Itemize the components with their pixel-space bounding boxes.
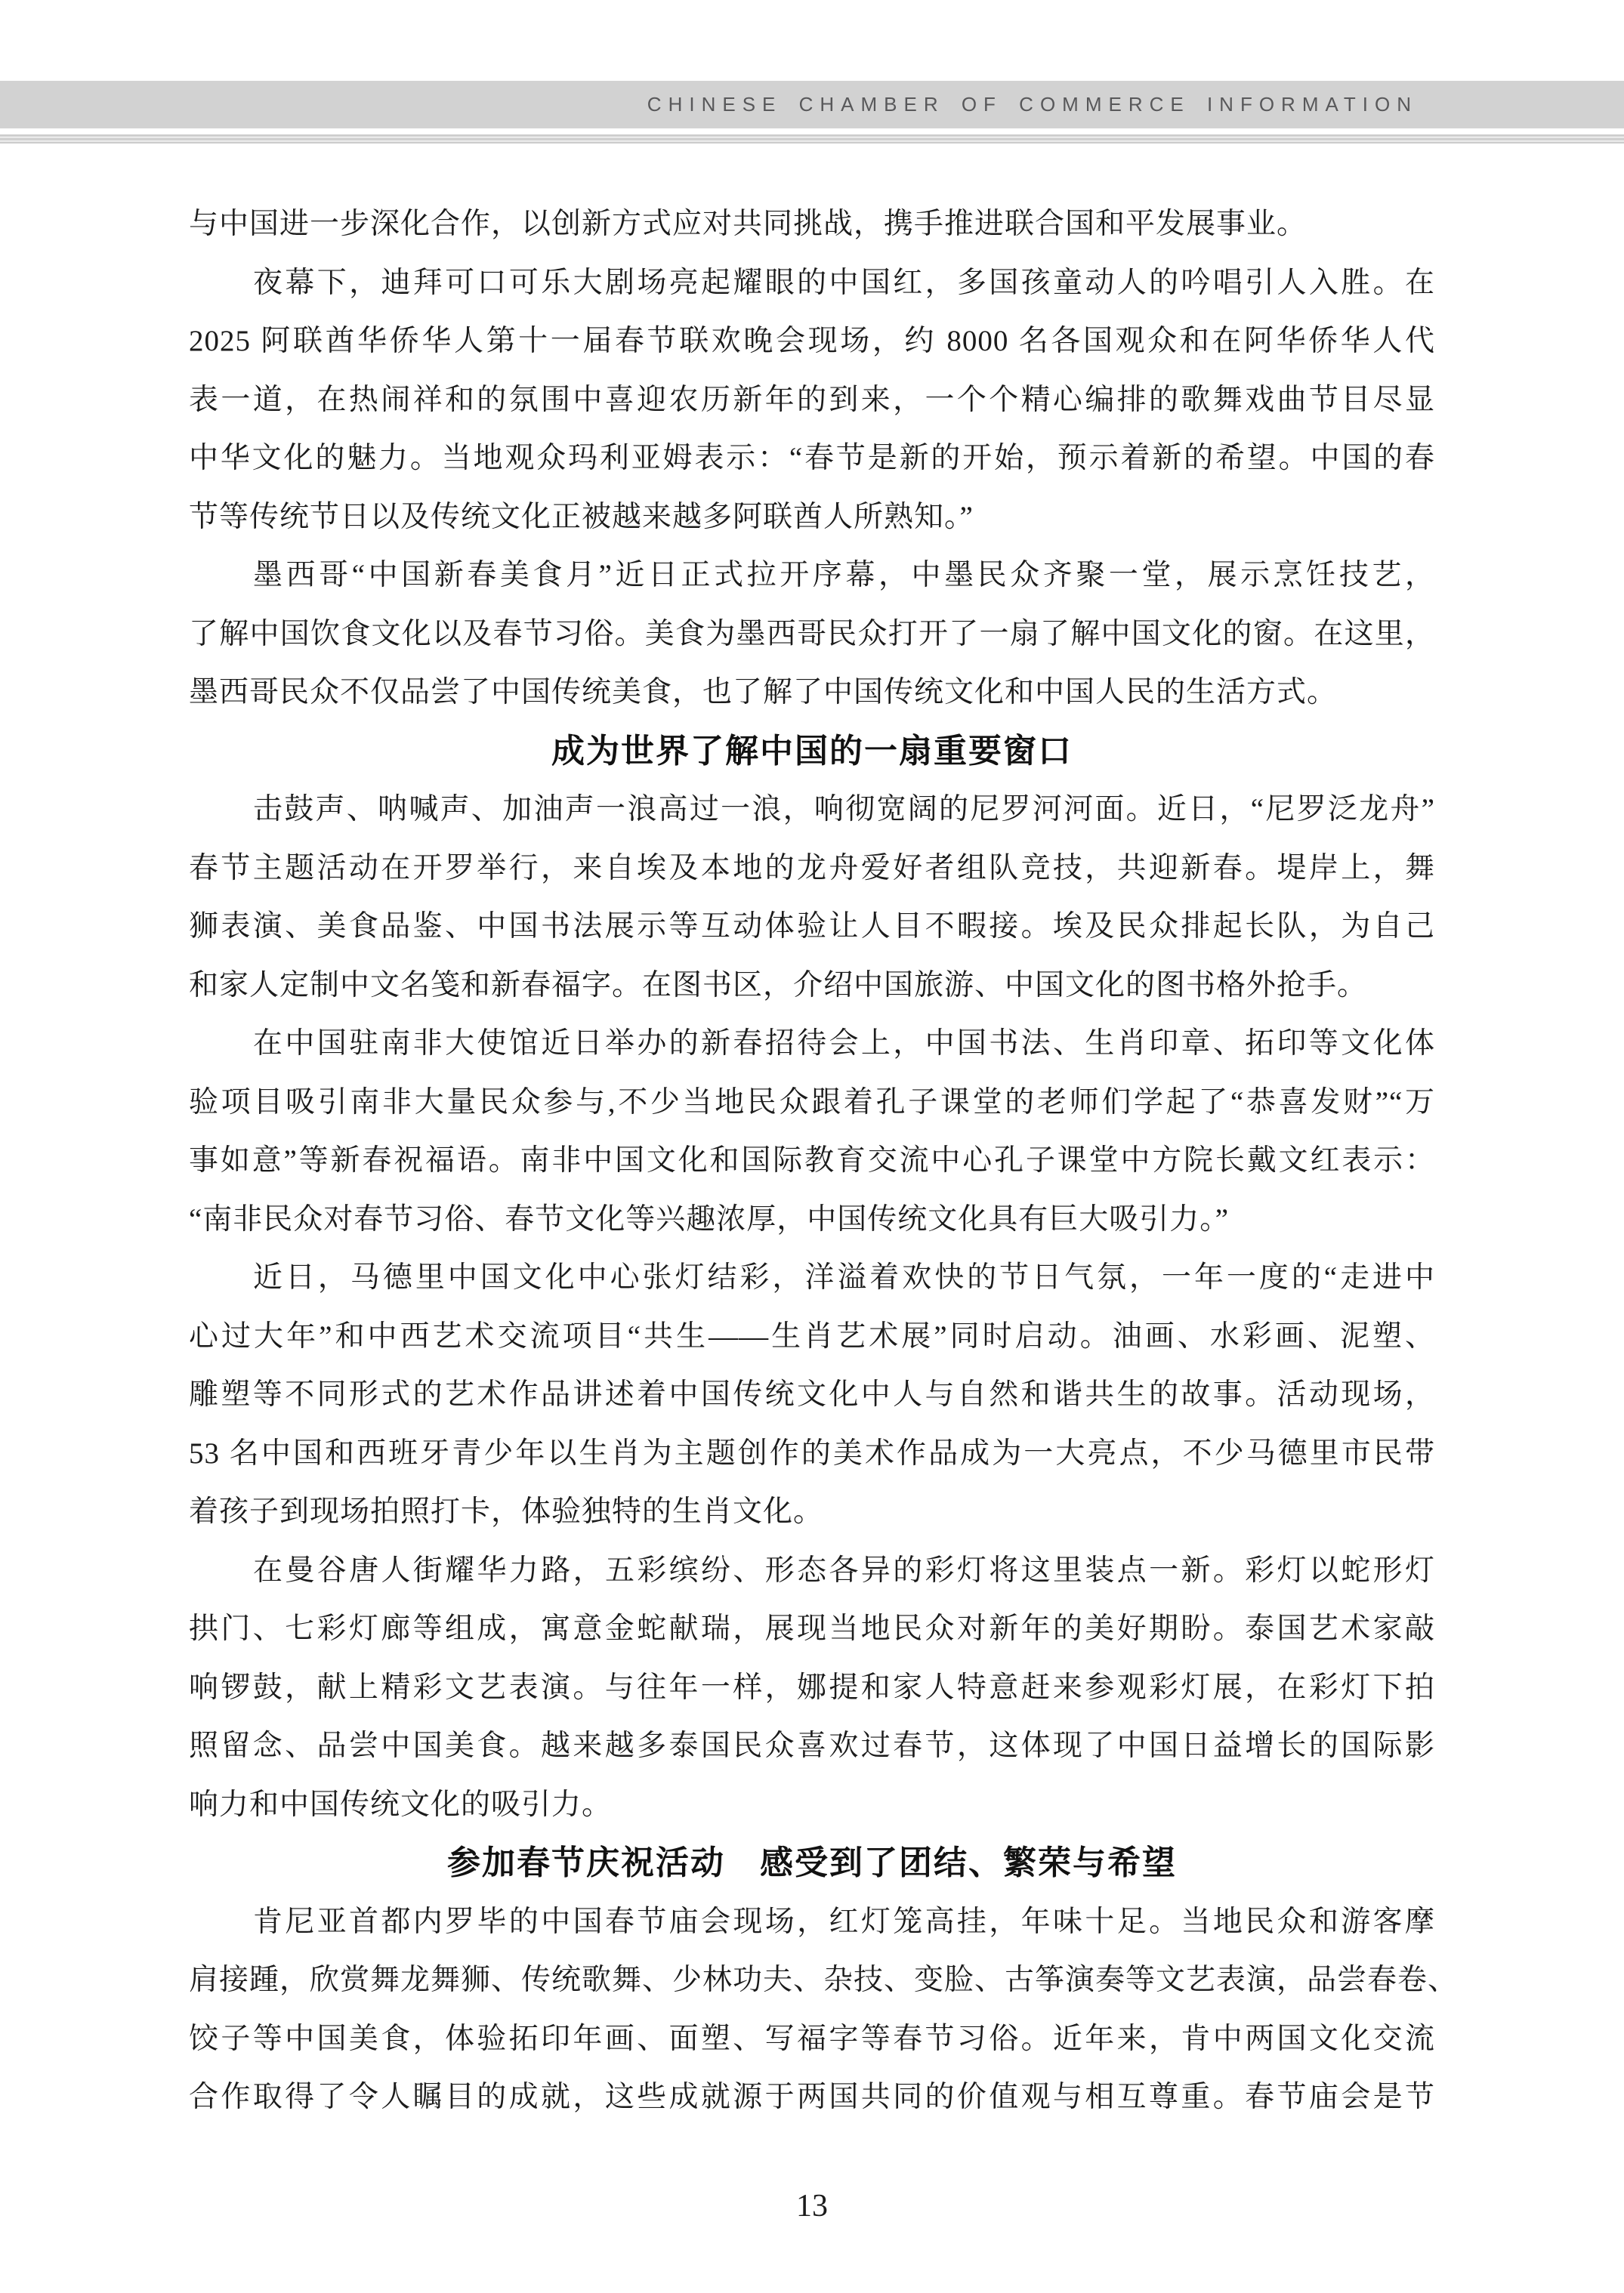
- text-line: 心过大年”和中西艺术交流项目“共生——生肖艺术展”同时启动。油画、水彩画、泥塑、: [189, 1307, 1435, 1366]
- text-line: 拱门、七彩灯廊等组成，寓意金蛇献瑞，展现当地民众对新年的美好期盼。泰国艺术家敲: [189, 1600, 1435, 1659]
- section-heading: 参加春节庆祝活动 感受到了团结、繁荣与希望: [189, 1834, 1435, 1893]
- text-line: 墨西哥民众不仅品尝了中国传统美食，也了解了中国传统文化和中国人民的生活方式。: [189, 663, 1435, 722]
- text-line: 夜幕下，迪拜可口可乐大剧场亮起耀眼的中国红，多国孩童动人的吟唱引人入胜。在: [189, 254, 1435, 313]
- text-line: 合作取得了令人瞩目的成就，这些成就源于两国共同的价值观与相互尊重。春节庙会是节: [189, 2068, 1435, 2127]
- section-heading: 成为世界了解中国的一扇重要窗口: [189, 722, 1435, 781]
- text-line: 节等传统节日以及传统文化正被越来越多阿联酋人所熟知。”: [189, 488, 1435, 547]
- text-line: 表一道，在热闹祥和的氛围中喜迎农历新年的到来，一个个精心编排的歌舞戏曲节目尽显: [189, 371, 1435, 430]
- text-line: “南非民众对春节习俗、春节文化等兴趣浓厚，中国传统文化具有巨大吸引力。”: [189, 1190, 1435, 1249]
- text-line: 了解中国饮食文化以及春节习俗。美食为墨西哥民众打开了一扇了解中国文化的窗。在这里…: [189, 605, 1435, 664]
- text-line: 春节主题活动在开罗举行，来自埃及本地的龙舟爱好者组队竞技，共迎新春。堤岸上，舞: [189, 839, 1435, 898]
- text-line: 在曼谷唐人街耀华力路，五彩缤纷、形态各异的彩灯将这里装点一新。彩灯以蛇形灯: [189, 1542, 1435, 1600]
- text-line: 和家人定制中文名笺和新春福字。在图书区，介绍中国旅游、中国文化的图书格外抢手。: [189, 956, 1435, 1015]
- text-line: 狮表演、美食品鉴、中国书法展示等互动体验让人目不暇接。埃及民众排起长队，为自己: [189, 897, 1435, 956]
- text-line: 响力和中国传统文化的吸引力。: [189, 1776, 1435, 1835]
- text-line: 53 名中国和西班牙青少年以生肖为主题创作的美术作品成为一大亮点，不少马德里市民…: [189, 1424, 1435, 1483]
- text-line: 肯尼亚首都内罗毕的中国春节庙会现场，红灯笼高挂，年味十足。当地民众和游客摩: [189, 1893, 1435, 1952]
- text-line: 饺子等中国美食，体验拓印年画、面塑、写福字等春节习俗。近年来，肯中两国文化交流: [189, 2010, 1435, 2069]
- text-line: 照留念、品尝中国美食。越来越多泰国民众喜欢过春节，这体现了中国日益增长的国际影: [189, 1717, 1435, 1776]
- text-line: 墨西哥“中国新春美食月”近日正式拉开序幕，中墨民众齐聚一堂，展示烹饪技艺，: [189, 546, 1435, 605]
- article-body: 与中国进一步深化合作，以创新方式应对共同挑战，携手推进联合国和平发展事业。夜幕下…: [189, 195, 1435, 2127]
- text-line: 雕塑等不同形式的艺术作品讲述着中国传统文化中人与自然和谐共生的故事。活动现场，: [189, 1366, 1435, 1424]
- text-line: 事如意”等新春祝福语。南非中国文化和国际教育交流中心孔子课堂中方院长戴文红表示：: [189, 1131, 1435, 1190]
- text-line: 与中国进一步深化合作，以创新方式应对共同挑战，携手推进联合国和平发展事业。: [189, 195, 1435, 254]
- text-line: 中华文化的魅力。当地观众玛利亚姆表示：“春节是新的开始，预示着新的希望。中国的春: [189, 429, 1435, 488]
- text-line: 着孩子到现场拍照打卡，体验独特的生肖文化。: [189, 1483, 1435, 1542]
- text-line: 验项目吸引南非大量民众参与,不少当地民众跟着孔子课堂的老师们学起了“恭喜发财”“…: [189, 1073, 1435, 1132]
- header-banner: CHINESE CHAMBER OF COMMERCE INFORMATION: [0, 81, 1624, 128]
- header-banner-text: CHINESE CHAMBER OF COMMERCE INFORMATION: [647, 93, 1418, 116]
- text-line: 肩接踵，欣赏舞龙舞狮、传统歌舞、少林功夫、杂技、变脸、古筝演奏等文艺表演，品尝春…: [189, 1951, 1435, 2010]
- header-divider-stripes: [0, 134, 1624, 144]
- text-line: 响锣鼓，献上精彩文艺表演。与往年一样，娜提和家人特意赶来参观彩灯展，在彩灯下拍: [189, 1659, 1435, 1717]
- document-page: CHINESE CHAMBER OF COMMERCE INFORMATION …: [0, 0, 1624, 2293]
- page-number: 13: [0, 2188, 1624, 2224]
- text-line: 击鼓声、呐喊声、加油声一浪高过一浪，响彻宽阔的尼罗河河面。近日，“尼罗泛龙舟”: [189, 780, 1435, 839]
- text-line: 2025 阿联酋华侨华人第十一届春节联欢晚会现场，约 8000 名各国观众和在阿…: [189, 312, 1435, 371]
- text-line: 近日，马德里中国文化中心张灯结彩，洋溢着欢快的节日气氛，一年一度的“走进中: [189, 1248, 1435, 1307]
- text-line: 在中国驻南非大使馆近日举办的新春招待会上，中国书法、生肖印章、拓印等文化体: [189, 1014, 1435, 1073]
